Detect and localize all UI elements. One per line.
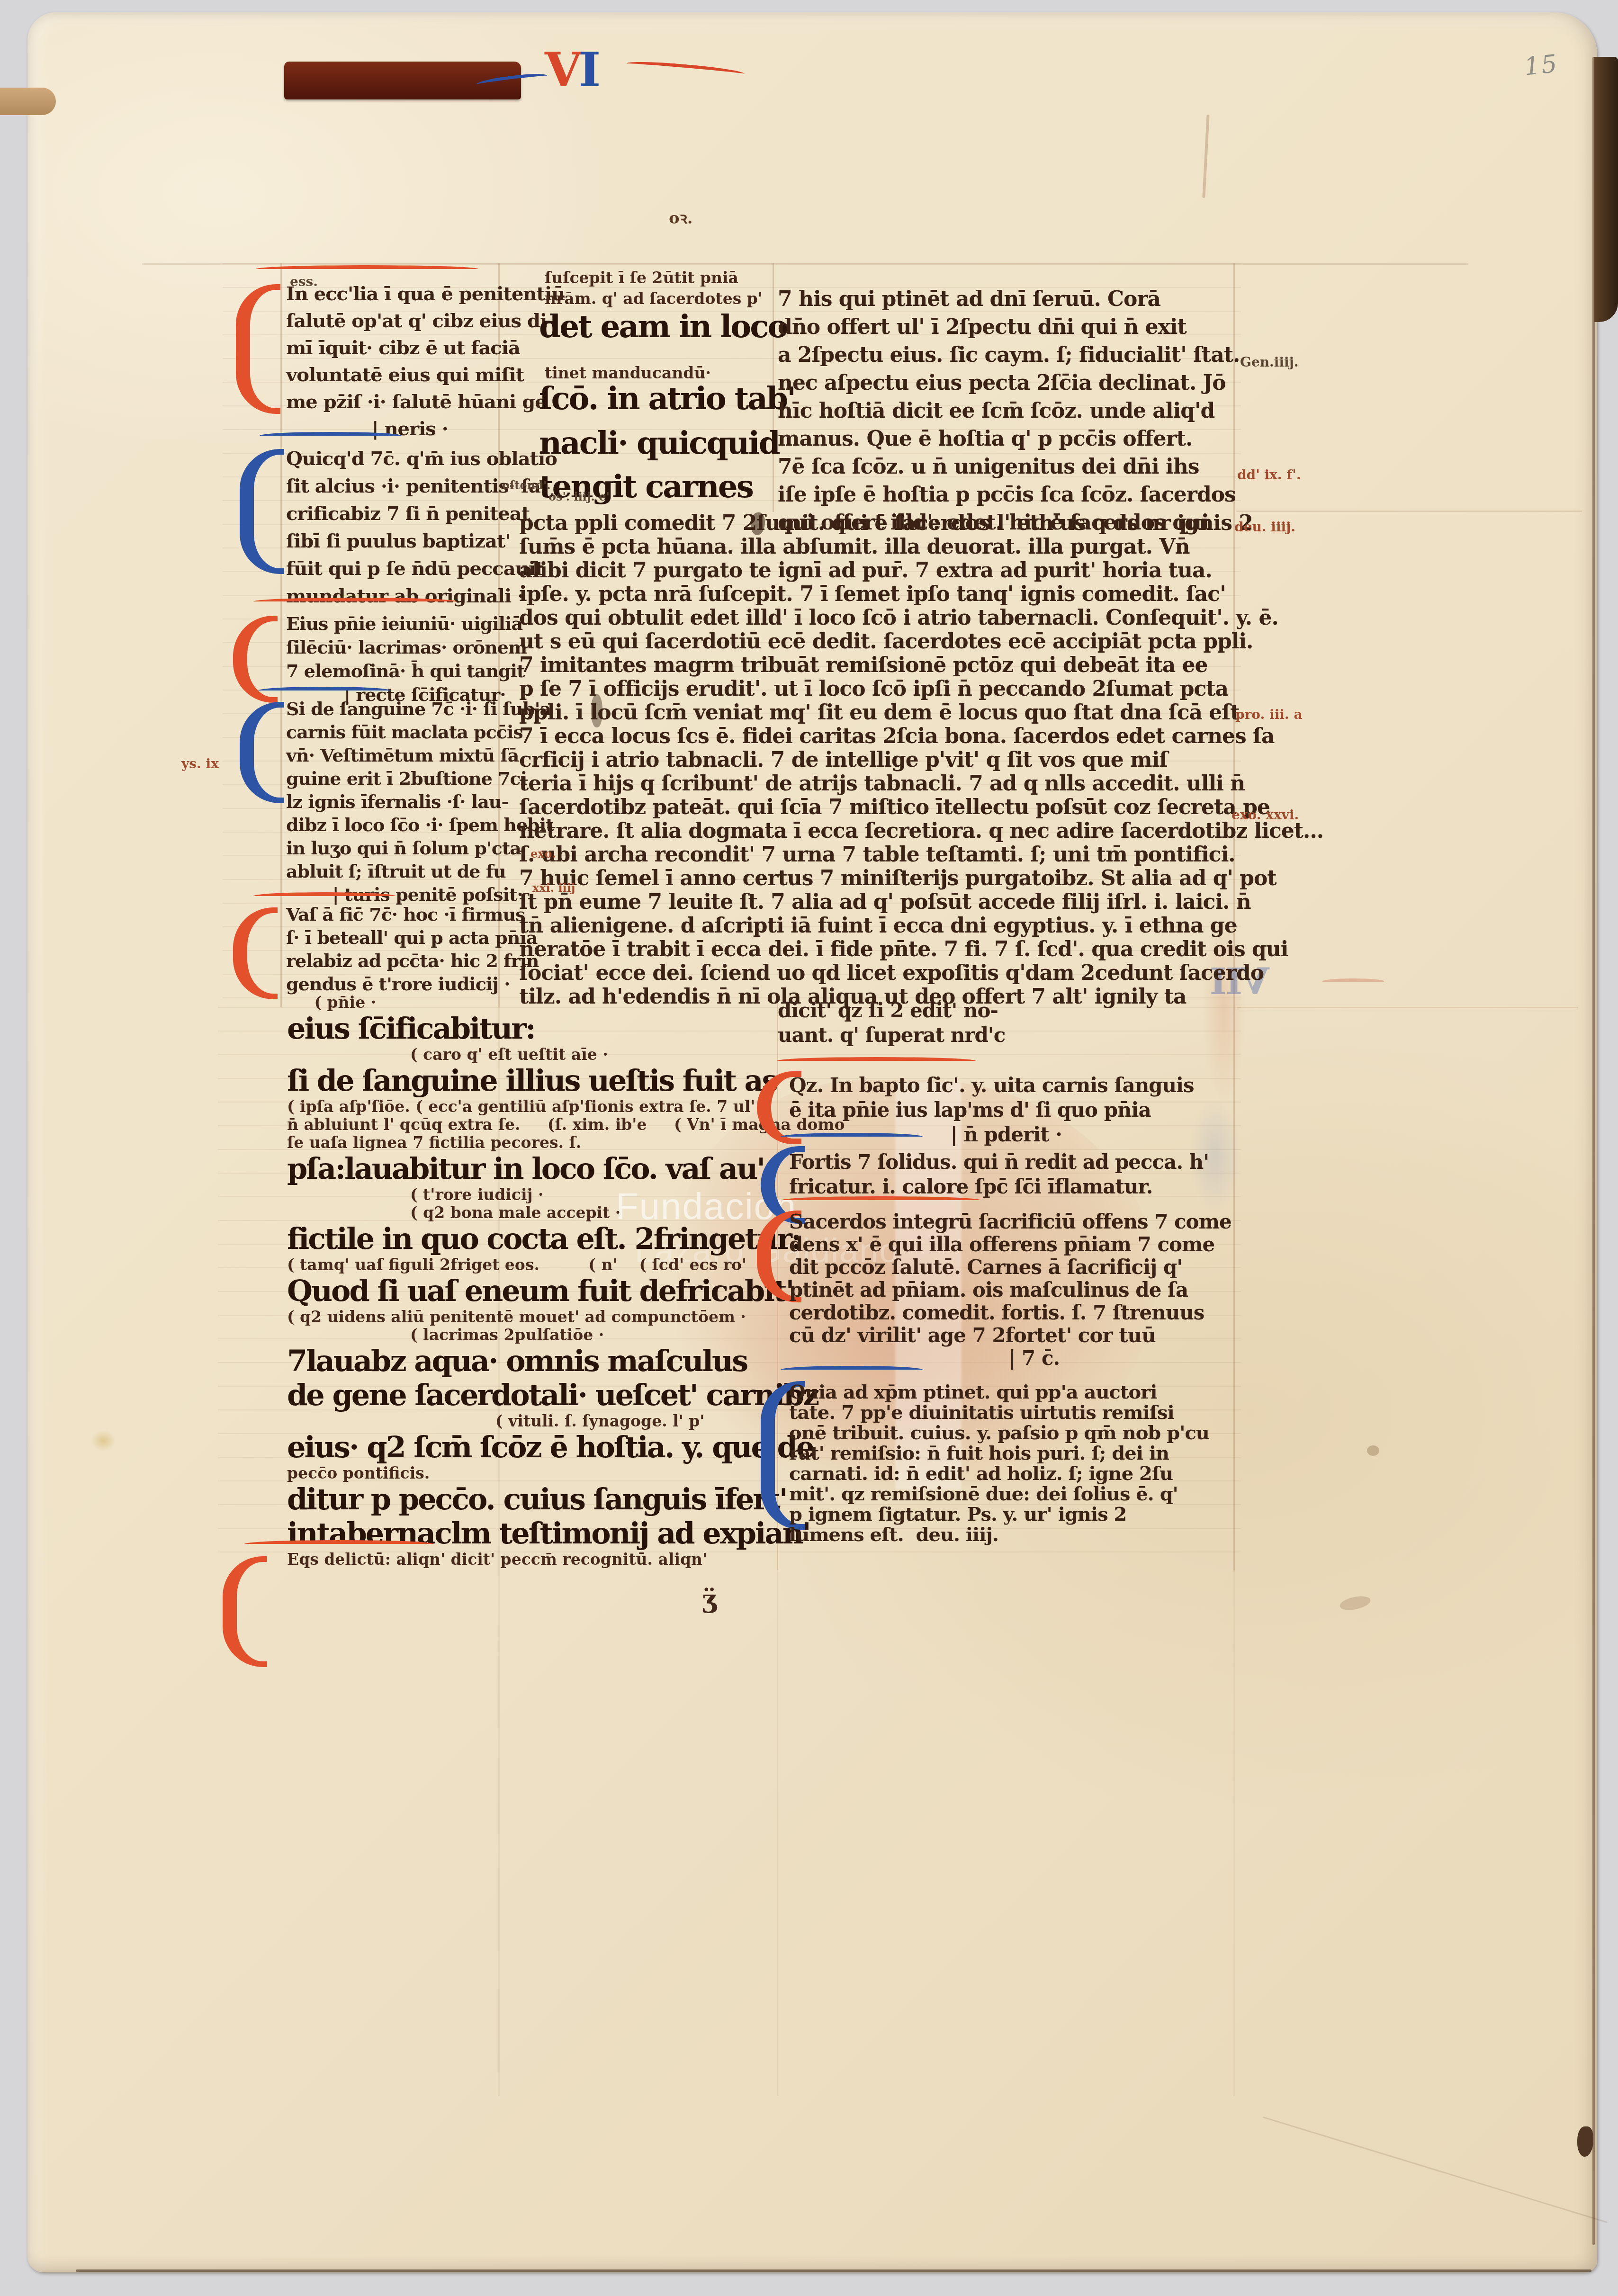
text-line: 7 huic ſemel ī anno certus 7 miniſterijs… bbox=[519, 867, 1244, 890]
text-line: Eius pn̄ie ieiuniū· uigiliā bbox=[286, 612, 542, 636]
text-line: Sacerdos integrū ſacrificiū offens 7 com… bbox=[789, 1211, 1253, 1233]
text-line: crificabiz 7 ſi n̄ peniteat bbox=[286, 500, 542, 528]
text-line: Eqs delictū: aliqn' dicit' peccm̄ recogn… bbox=[287, 1551, 799, 1569]
foxing-spot bbox=[91, 1430, 116, 1451]
text-line: teria ī hijs q ſcribunt' de atrijs tabna… bbox=[519, 772, 1244, 796]
text-line: ſibī ſi puulus baptizat' bbox=[286, 528, 542, 555]
text-line: vn̄· Veſtimētum mixtū ſā bbox=[286, 744, 542, 767]
oz-mark: oꝛ. bbox=[669, 206, 693, 228]
leaf-bottom-edge bbox=[76, 2269, 1591, 2272]
margin-citation: ys. ix bbox=[181, 756, 219, 771]
text-line: Qz. In bapto ſic'. y. uita carnis ſangui… bbox=[789, 1073, 1253, 1098]
paraph-flourish bbox=[258, 687, 391, 698]
margin-note: os'. iiij. e' bbox=[548, 490, 610, 503]
text-line: alibi dicit 7 purgato te ignī ad pur̄. 7… bbox=[519, 559, 1244, 583]
text-line: ( caro q' eſt ueſtit aīe · bbox=[410, 1046, 799, 1064]
text-line: 7lauabz aqua· omnis maſculus bbox=[287, 1344, 799, 1378]
text-line: mit'. qz remiſsionē due: dei ſolius ē. q… bbox=[789, 1484, 1253, 1504]
text-line: 7 his qui ptinēt ad dnī ſeruū. Corā bbox=[778, 285, 1247, 313]
text-line: carnis fūit maclata pcc̄is bbox=[286, 720, 542, 744]
gutter-page-sliver bbox=[0, 88, 56, 115]
paraph-initial bbox=[236, 284, 280, 414]
text-line: a 2ſpectu eius. ſic caym. ſ; fiducialit'… bbox=[778, 341, 1247, 369]
chapter-numeral-i: I bbox=[579, 42, 598, 98]
text-line: cū dz' virilit' age 7 2fortet' cor tuū bbox=[789, 1324, 1253, 1347]
text-line: ſi de ſanguine illius ueſtis fuit as bbox=[287, 1064, 799, 1098]
text-line: Si de ſanguine 7c̄ ·i· ſi ſub'a bbox=[286, 697, 542, 720]
commentary-block: Quia ad xp̄m ptinet. qui pp'a auctoritat… bbox=[789, 1382, 1253, 1545]
text-line: 7ē ſca ſcōz. u n̄ unigenitus dei dn̄i ih… bbox=[778, 453, 1247, 481]
text-line: ſe uaſa lignea 7 fictilia pecores. ſ. bbox=[287, 1134, 799, 1152]
margin-citation: pro. iii. a bbox=[1235, 707, 1303, 722]
manuscript-photo: VII Fundación Lázaro Galdiano VI 15 oꝛ. … bbox=[0, 0, 1618, 2296]
text-line: ut s eū qui ſacerdotiū ecē dedit. ſacerd… bbox=[519, 630, 1244, 654]
text-line: p ſe 7 ī officijs erudit'. ut ī loco ſcō… bbox=[519, 677, 1244, 701]
text-line: in luʒo qui n̄ ſolum p'cta bbox=[286, 836, 542, 860]
text-line: ſ· ī beteall' qui p acta pn̄ia bbox=[286, 926, 542, 949]
text-line: nrām. q' ad ſacerdotes p' bbox=[545, 288, 763, 309]
text-line: tn̄ alienigene. d aſcripti iā fuint ī ec… bbox=[519, 914, 1244, 938]
paraph-flourish bbox=[781, 1133, 923, 1144]
text-line: ( tamq' uaſ figuli 2friget eos. ( n' ( ſ… bbox=[287, 1256, 799, 1274]
paraph-flourish bbox=[781, 1366, 923, 1377]
text-line: pſa:lauabitur in loco ſc̄o. vaſ au' bbox=[287, 1152, 799, 1186]
text-line: ditur p pecc̄o. cuius ſanguis īfert' bbox=[287, 1482, 799, 1516]
text-line: fictile in quo cocta eſt. 2fringetur: bbox=[287, 1222, 799, 1256]
paraph-flourish bbox=[260, 432, 402, 443]
ruling-vertical-faint bbox=[777, 1570, 778, 2096]
text-line: guine erit ī 2buſtione 7ci bbox=[286, 767, 542, 790]
gloss-block: Quicq'd 7c̄. q'm̄ ius oblatioſit alcius … bbox=[286, 445, 542, 610]
text-line: ipſe. y. pcta nrā ſuſcepit. 7 ī ſemet ip… bbox=[519, 583, 1244, 606]
text-line: pcta ppli comedit 7 2ſumit. qui ē ſacerd… bbox=[519, 511, 1244, 535]
ruling-horizontal bbox=[1236, 511, 1582, 512]
text-line: ſalutē op'at q' cibz eius di- bbox=[286, 307, 542, 334]
margin-citation: deu. iiij. bbox=[1234, 519, 1295, 535]
text-line: ( q2 bona male accepit · bbox=[410, 1204, 799, 1222]
text-line: Quicq'd 7c̄. q'm̄ ius oblatio bbox=[286, 445, 542, 473]
ruling-vertical-faint bbox=[1233, 1570, 1235, 2096]
commentary-band: pcta ppli comedit 7 2ſumit. qui ē ſacerd… bbox=[519, 511, 1244, 1009]
text-line: de gene ſacerdotali· ueſcet' carnibz bbox=[287, 1378, 799, 1412]
text-line: fūit qui p ſe n̄dū peccauit bbox=[286, 555, 542, 583]
commentary-column: 7 his qui ptinēt ad dnī ſeruū. Corādn̄o … bbox=[778, 285, 1247, 537]
text-line: rat' remiſsio: n̄ fuit hois puri. ſ; dei… bbox=[789, 1443, 1253, 1463]
text-line: Quia ad xp̄m ptinet. qui pp'a auctori bbox=[789, 1382, 1253, 1402]
text-line: eius· q2 ſcm̄ ſcōz ē hoſtia. y. que de bbox=[287, 1430, 799, 1464]
text-line: relabiz ad pcc̄ta· hic 2 frin bbox=[286, 949, 542, 972]
text-line: lz ignis īfernalis ·ſ· lau- bbox=[286, 790, 542, 813]
text-line: tate. 7 pp'e diuinitatis uirtutis remiſs… bbox=[789, 1402, 1253, 1423]
text-line: Fortis 7 ſolidus. qui n̄ redit ad pecca.… bbox=[789, 1150, 1253, 1175]
folio-number: 15 bbox=[1523, 49, 1560, 81]
text-line: abluit ſ; īſtruit ut de fu bbox=[286, 860, 542, 883]
text-line: ſacerdotibz pateāt. qui ſcīa 7 miſtico ī… bbox=[519, 796, 1244, 819]
lemma-text: ſcō. in atrio tab' bbox=[539, 380, 795, 417]
chapter-numeral: VI bbox=[545, 42, 598, 98]
text-line: ſum̄s ē pcta hūana. illa abſumit. illa d… bbox=[519, 535, 1244, 559]
ruling-horizontal bbox=[142, 263, 1468, 265]
text-line: pecc̄o pontificis. bbox=[287, 1464, 799, 1482]
text-line: eius ſc̄ificabitur: bbox=[287, 1012, 799, 1046]
text-line: Quod ſi uaſ eneum fuit defricabit' bbox=[287, 1274, 799, 1308]
text-line: ( vituli. ſ. ſynagoge. l' p' bbox=[495, 1412, 799, 1430]
text-line: dibz ī loco ſc̄o ·i· ſpem hebit bbox=[286, 813, 542, 836]
gloss-block: Vaſ ā fic̄ 7c̄· hoc ·ī firmusſ· ī beteal… bbox=[286, 903, 542, 996]
commentary-block: Fortis 7 ſolidus. qui n̄ redit ad pecca.… bbox=[789, 1150, 1253, 1199]
text-line: iſe ipſe ē hoſtia p pcc̄is ſca ſcōz. ſac… bbox=[778, 481, 1247, 509]
text-line: ( ipſa aſp'ſiōe. ( ecc'a gentiliū aſp'ſi… bbox=[287, 1098, 799, 1116]
interlinear-citation: exo. bbox=[530, 847, 556, 861]
text-line: crficij i atrio tabnacli. 7 de intellige… bbox=[519, 748, 1244, 772]
gloss-block: Si de ſanguine 7c̄ ·i· ſi ſub'acarnis fū… bbox=[286, 697, 542, 906]
ruling-horizontal bbox=[1237, 1007, 1578, 1008]
text-line: ſuſcepit ī ſe 2ūtit pniā bbox=[545, 268, 763, 288]
text-line: ( t'rore iudicij · bbox=[410, 1186, 799, 1204]
paraph-flourish bbox=[777, 1057, 976, 1068]
interlinear-citation: xxi. iiij bbox=[532, 881, 575, 895]
text-line: mī īquit· cibz ē ut faciā bbox=[286, 334, 542, 361]
text-line: ſt pn̄ eume 7 leuite ſt. 7 alia ad q' po… bbox=[519, 890, 1244, 914]
text-line: ſilēciū· lacrimas· orōnem bbox=[286, 636, 542, 659]
margin-citation: dd' ix. f'. bbox=[1237, 467, 1301, 483]
text-line: hīc hoſtiā dicit ee ſcm̄ ſcōz. unde aliq… bbox=[778, 397, 1247, 425]
text-line: dos qui obtulit edet illd' ī loco ſcō i … bbox=[519, 606, 1244, 630]
paraph-flourish bbox=[253, 598, 457, 609]
text-line: gendus ē t'rore iudicij · bbox=[286, 972, 542, 996]
text-line: manus. Que ē hoſtia q' p pcc̄is offert. bbox=[778, 425, 1247, 453]
text-line: me pz̄iſ ·i· ſalutē hūani ge bbox=[286, 388, 542, 415]
paraph-flourish bbox=[256, 265, 478, 277]
text-line: ( q2 uidens aliū penitentē mouet' ad com… bbox=[287, 1308, 799, 1326]
margin-note: oſtend'. bbox=[502, 478, 551, 492]
paraph-flourish bbox=[253, 892, 396, 904]
ink-spot bbox=[1367, 1445, 1379, 1456]
gloss-block: In ecc'lia ī qua ē penitentiūſalutē op'a… bbox=[286, 280, 542, 442]
text-line: Vaſ ā fic̄ 7c̄· hoc ·ī firmus bbox=[286, 903, 542, 926]
text-line: ſ. ubi archa recondit' 7 urna 7 table te… bbox=[519, 843, 1244, 867]
text-line: 7 elemoſinā· h̄ qui tangit bbox=[286, 659, 542, 683]
text-line: dn̄o offert ul' ī 2ſpectu dn̄i qui n̄ ex… bbox=[778, 313, 1247, 341]
text-line: 7 ī ecca locus ſcs ē. fidei caritas 2ſci… bbox=[519, 725, 1244, 748]
chapter-numeral-v: V bbox=[545, 42, 579, 98]
text-line: ſociat' ecce dei. ſciend uo qd licet exp… bbox=[519, 961, 1244, 985]
text-line: In ecc'lia ī qua ē penitentiū bbox=[286, 280, 542, 307]
text-line: dens x' ē qui illa offerens pn̄iam 7 com… bbox=[789, 1233, 1253, 1256]
text-line: neratōe ī trabit ī ecca dei. ī fide pn̄t… bbox=[519, 938, 1244, 961]
margin-citation: exo. xxvi. bbox=[1231, 807, 1299, 823]
paraph-flourish bbox=[244, 1540, 434, 1552]
margin-citation: Gen.iiij. bbox=[1240, 354, 1299, 370]
leaf-right-edge bbox=[1592, 57, 1595, 2245]
quire-mark: ʒ̈ bbox=[702, 1584, 717, 1614]
showthrough-red-swash bbox=[1322, 978, 1384, 987]
book-fore-edge bbox=[1594, 57, 1618, 322]
text-line: ē ita pn̄ie ius lap'ms d' ſi quo pn̄ia bbox=[789, 1098, 1253, 1122]
lemma-lower-column: ( pn̄ie ·eius ſc̄ificabitur:( caro q' eſ… bbox=[287, 994, 799, 1569]
text-line: dicit' qz ſi 2 edit' no- bbox=[778, 998, 1242, 1023]
text-line: p ignem ſigtatur. Ps. y. ur' ignis 2 bbox=[789, 1504, 1253, 1525]
paraph-flourish bbox=[782, 1196, 980, 1208]
text-line: nec aſpectu eius pecta 2ſc̄ia declinat. … bbox=[778, 369, 1247, 397]
commentary-block: Sacerdos integrū ſacrificiū offens 7 com… bbox=[789, 1211, 1253, 1370]
lemma-text: det eam in loco bbox=[539, 308, 787, 345]
text-line: netrare. ſt alia dogmata ī ecca ſecretio… bbox=[519, 819, 1244, 843]
text-line: lumens eſt. deu. iiij. bbox=[789, 1525, 1253, 1545]
paraph-initial bbox=[240, 449, 284, 574]
text-line: voluntatē eius qui miſit bbox=[286, 361, 542, 388]
text-line: onē tribuit. cuius. y. paſsio p qm̄ nob … bbox=[789, 1423, 1253, 1443]
text-line: ( lacrimas 2pulſatiōe · bbox=[410, 1326, 799, 1344]
text-line: ppli. ī locū ſcm̄ veniat mq' ſit eu dem … bbox=[519, 701, 1244, 725]
text-line: fricatur. i. calore ſpc̄ ſc̄i īflamatur. bbox=[789, 1175, 1253, 1199]
text-line: uant. q' ſuperat nrd'c bbox=[778, 1023, 1242, 1048]
text-line: ptinēt ad pn̄iam. ois maſculinus de ſa bbox=[789, 1279, 1253, 1301]
commentary-continuation: dicit' qz ſi 2 edit' no-uant. q' ſuperat… bbox=[778, 998, 1242, 1048]
text-line: cerdotibz. comedit. fortis. ſ. 7 ſtrenuu… bbox=[789, 1301, 1253, 1324]
text-line: carnati. id: n̄ edit' ad holiz. ſ; igne … bbox=[789, 1463, 1253, 1484]
lemma-gloss: ſuſcepit ī ſe 2ūtit pniānrām. q' ad ſace… bbox=[545, 268, 763, 309]
lemma-text: nacli· quicquid bbox=[539, 424, 779, 461]
text-line: dit pccōz ſalutē. Carnes ā ſacrificij q' bbox=[789, 1256, 1253, 1279]
text-line: ( pn̄ie · bbox=[287, 994, 799, 1012]
text-line: 7 imitantes magrm tribuāt remiſsionē pct… bbox=[519, 654, 1244, 677]
text-line: n̄ abluiunt l' qcūq extra ſe. (ſ. xim. i… bbox=[287, 1116, 799, 1134]
